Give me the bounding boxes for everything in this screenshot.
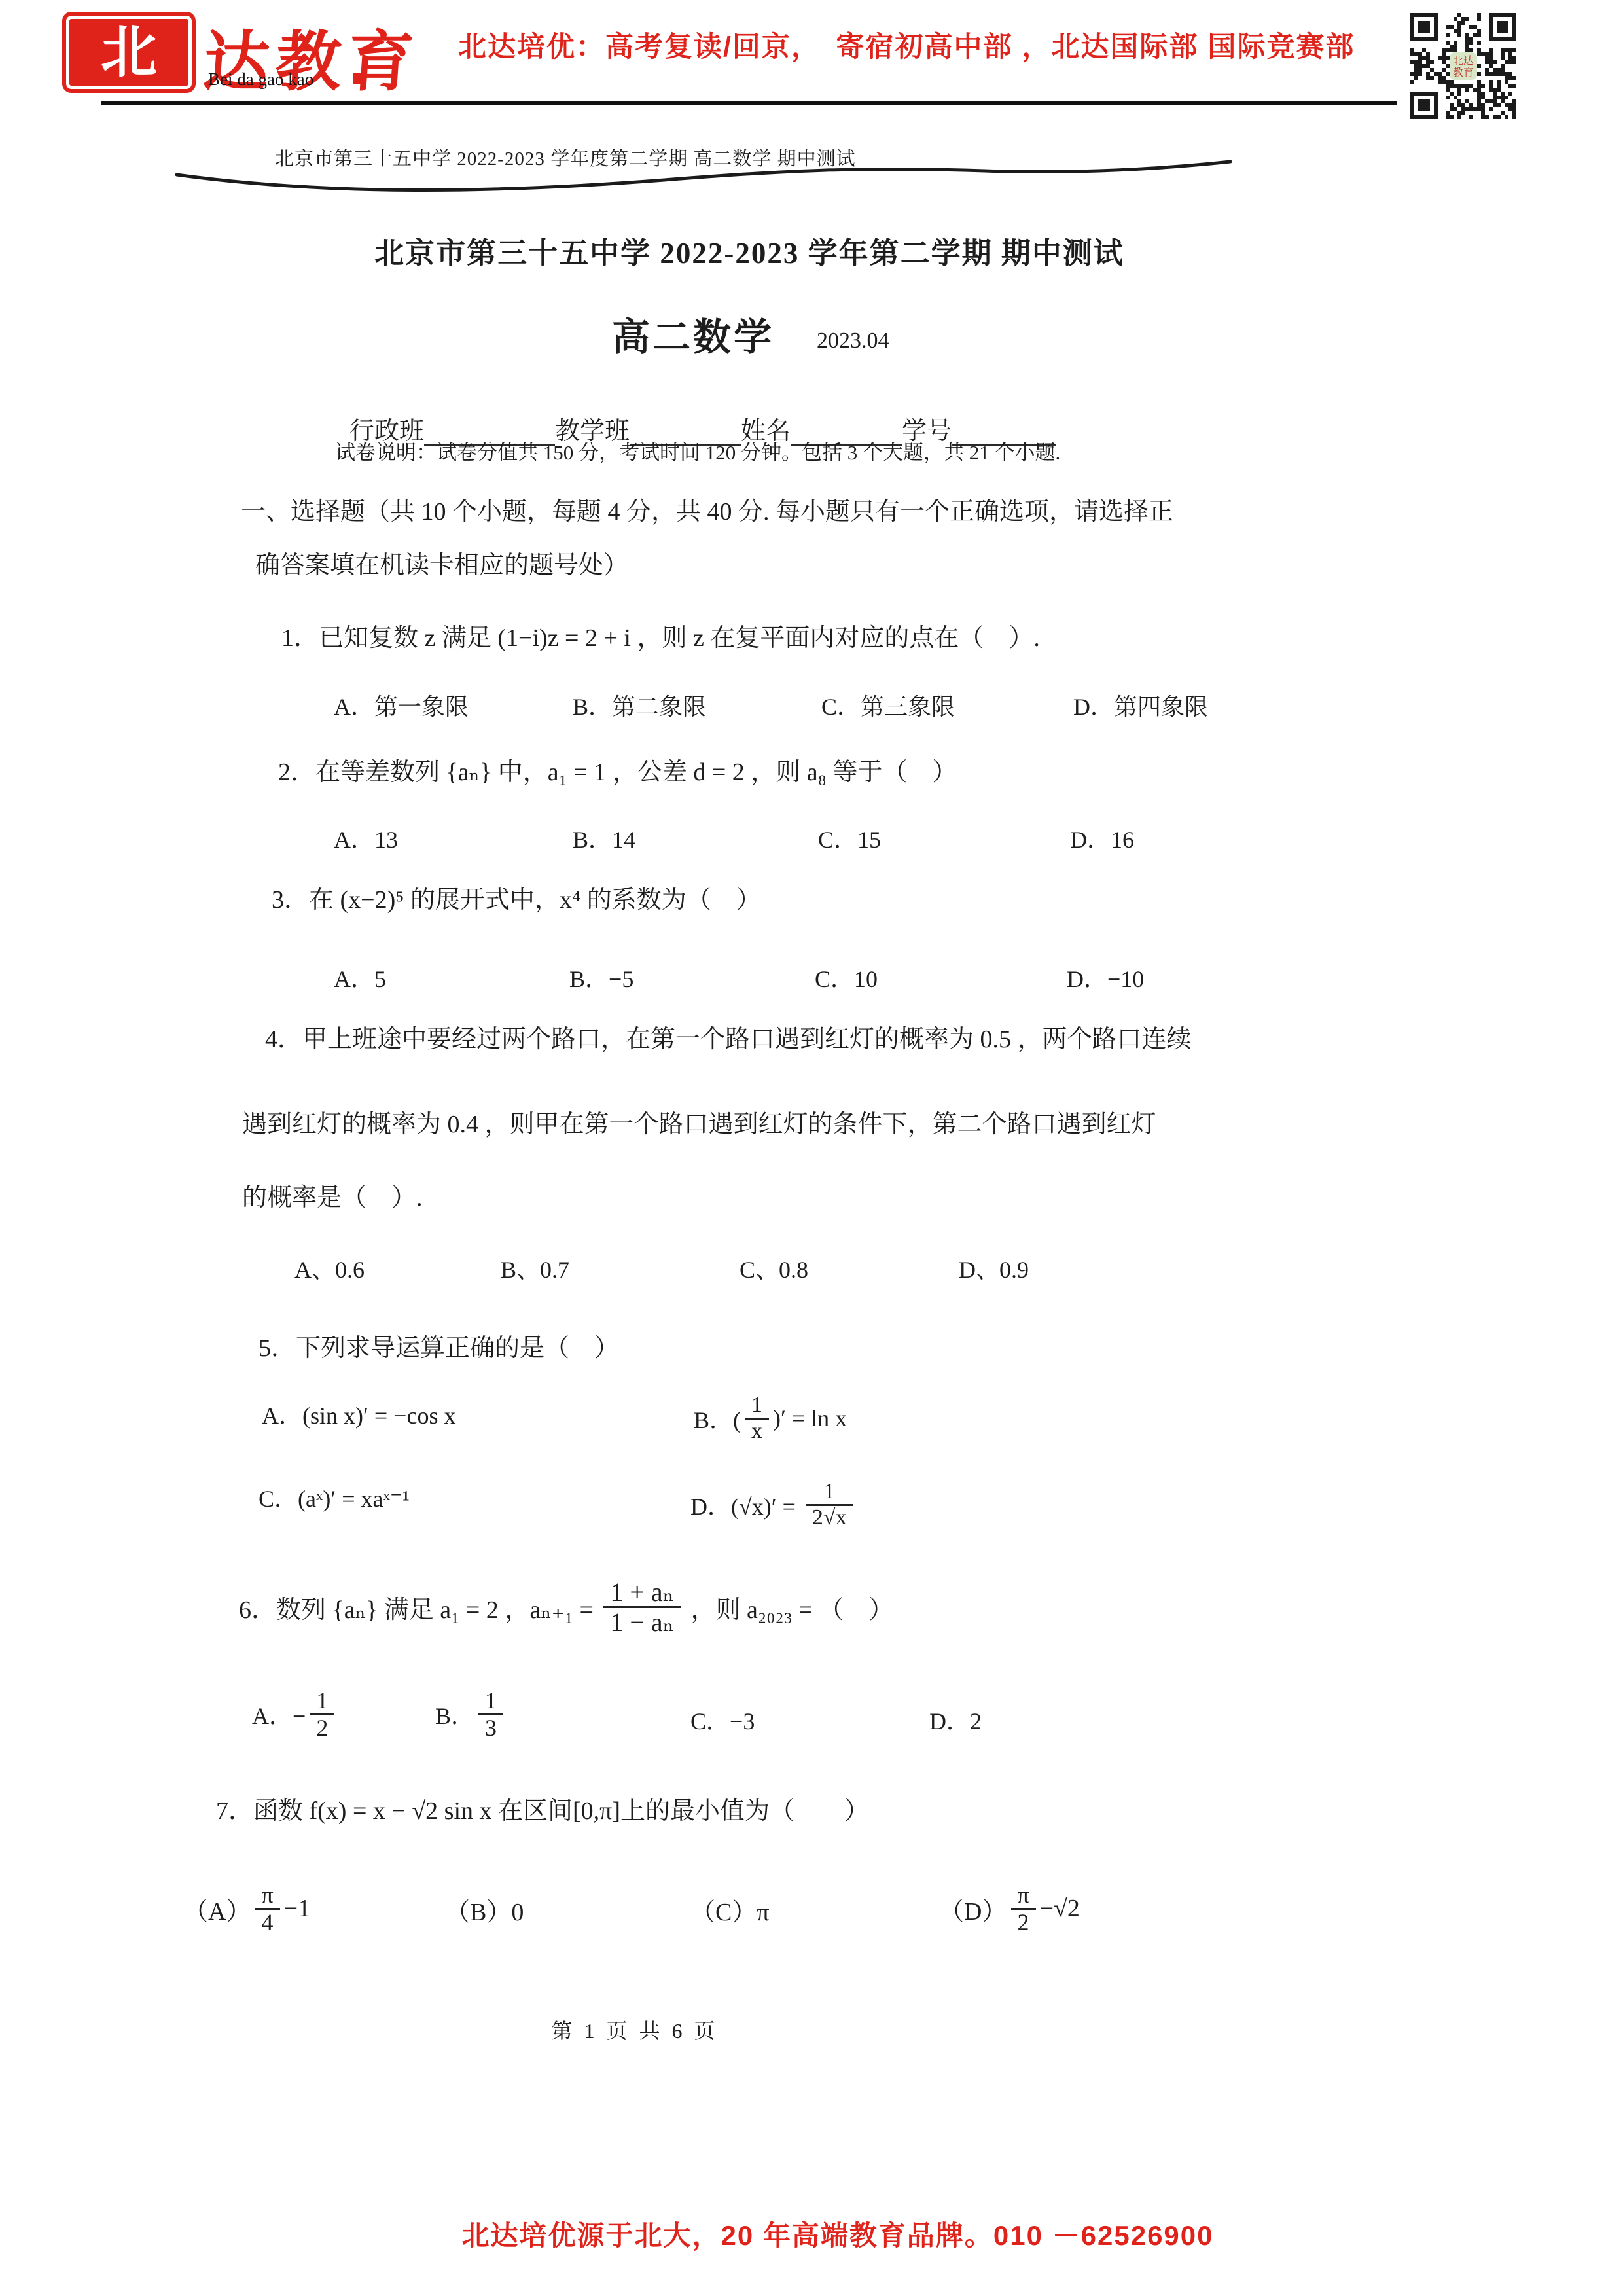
question-7-text: 7．函数 f(x) = x − √2 sin x 在区间[0,π]上的最小值为（… [216, 1790, 869, 1826]
q7-option-a-post: −1 [284, 1894, 310, 1923]
fraction: 1 + aₙ1 − aₙ [603, 1578, 681, 1636]
q7-option-b: （B）0 [445, 1892, 524, 1928]
q2-option-d: D．16 [1070, 821, 1134, 855]
logo-red-square [353, 73, 365, 84]
q4-option-c: C、0.8 [740, 1251, 808, 1285]
q6-option-b: B．13 [435, 1677, 507, 1752]
logo-pinyin: Bei da gao kao [208, 69, 313, 90]
hand-drawn-underline [167, 160, 1240, 200]
svg-text:教育: 教育 [1453, 67, 1474, 79]
fraction: π4 [255, 1882, 279, 1935]
q1-option-c: C．第三象限 [821, 689, 955, 722]
question-6-text: 6．数列 {aₙ} 满足 a₁ = 2 ，aₙ₊₁ = 1 + aₙ1 − aₙ… [239, 1563, 893, 1651]
q6-post: ，则 a₂₀₂₃ = （ ） [685, 1589, 893, 1625]
q1-option-a: A．第一象限 [334, 689, 469, 722]
q5-option-d: D．(√x)′ = 12√x [690, 1467, 857, 1543]
q5-option-c: C．(aˣ)′ = xaˣ⁻¹ [259, 1480, 410, 1514]
logo-seal: 北 [62, 12, 196, 93]
q7-option-d-pre: （D） [939, 1891, 1007, 1927]
page-title: 北京市第三十五中学 2022-2023 学年第二学期 期中测试 [0, 229, 1499, 272]
q5-option-d-pre: D．(√x)′ = [690, 1488, 802, 1522]
q4-option-a: A、0.6 [294, 1251, 365, 1285]
q5-option-a: A．(sin x)′ = −cos x [262, 1397, 455, 1431]
q6-option-a: A．−12 [252, 1677, 338, 1752]
q6-option-a-pre: A．− [252, 1698, 306, 1731]
q6-option-b-pre: B． [435, 1698, 474, 1731]
page-number: 第 1 页 共 6 页 [497, 2015, 772, 2045]
q3-option-d: D．−10 [1067, 961, 1144, 994]
q1-option-d: D．第四象限 [1073, 689, 1208, 722]
q3-option-a: A．5 [334, 961, 386, 994]
q2-option-a: A．13 [334, 821, 398, 855]
q2-option-c: C．15 [818, 821, 881, 855]
exam-date: 2023.04 [817, 329, 889, 353]
question-3-text: 3．在 (x−2)⁵ 的展开式中，x⁴ 的系数为（ ） [272, 879, 761, 915]
header-divider [101, 101, 1397, 105]
footer-promo: 北达培优源于北大，20 年高端教育品牌。010 －62526900 [52, 2214, 1623, 2253]
q7-option-a: （A）π4−1 [183, 1869, 310, 1948]
fraction: 13 [478, 1688, 503, 1741]
question-1-text: 1．已知复数 z 满足 (1−i)z = 2 + i ，则 z 在复平面内对应的… [281, 617, 1040, 653]
fraction: 12√x [806, 1480, 853, 1530]
q5-option-b: B．(1x)′ = ln x [694, 1382, 847, 1454]
q3-option-c: C．10 [815, 961, 878, 994]
exam-page: { "colors":{"accent":"#e0231a","ink":"#1… [0, 0, 1623, 2296]
fraction: 12 [310, 1688, 334, 1741]
question-4-line2: 遇到红灯的概率为 0.4 ，则甲在第一个路口遇到红灯的条件下，第二个路口遇到红灯 [242, 1103, 1156, 1139]
q7-option-c: （C）π [690, 1892, 770, 1928]
fraction: π2 [1010, 1882, 1035, 1935]
q5-option-b-pre: B．( [694, 1402, 741, 1435]
section1-heading-line1: 一、选择题（共 10 个小题，每题 4 分，共 40 分. 每小题只有一个正确选… [241, 491, 1173, 527]
question-4-line3: 的概率是（ ）. [242, 1177, 423, 1213]
exam-instructions: 试卷说明：试卷分值共 150 分，考试时间 120 分钟。包括 3 个大题，共 … [335, 436, 1060, 465]
question-2-text: 2．在等差数列 {aₙ} 中，a₁ = 1 ，公差 d = 2 ，则 a₈ 等于… [278, 751, 957, 787]
q4-option-d: D、0.9 [959, 1251, 1029, 1285]
q6-option-d: D．2 [929, 1703, 982, 1736]
q3-option-b: B．−5 [569, 961, 633, 994]
subject-title: 高二数学 [612, 306, 774, 361]
q7-option-d-post: −√2 [1040, 1894, 1080, 1923]
q1-option-b: B．第二象限 [573, 689, 706, 722]
svg-text:北达: 北达 [1453, 55, 1474, 67]
q6-option-c: C．−3 [690, 1703, 755, 1736]
section1-heading-line2: 确答案填在机读卡相应的题号处） [255, 545, 628, 581]
logo-seal-char: 北 [101, 24, 157, 81]
question-5-text: 5．下列求导运算正确的是（ ） [259, 1327, 619, 1363]
qr-code: 北达教育 [1410, 13, 1516, 119]
header-slogan: 北达培优：高考复读/回京， 寄宿初高中部 ，北达国际部 国际竞赛部 [458, 25, 1355, 65]
q4-option-b: B、0.7 [501, 1251, 569, 1285]
q2-option-b: B．14 [573, 821, 635, 855]
q6-pre: 6．数列 {aₙ} 满足 a₁ = 2 ，aₙ₊₁ = [239, 1589, 599, 1625]
question-4-line1: 4．甲上班途中要经过两个路口，在第一个路口遇到红灯的概率为 0.5 ，两个路口连… [265, 1018, 1192, 1054]
fraction: 1x [745, 1393, 769, 1443]
q7-option-a-pre: （A） [183, 1891, 251, 1927]
q5-option-b-post: )′ = ln x [773, 1405, 847, 1432]
q7-option-d: （D）π2−√2 [939, 1869, 1080, 1948]
